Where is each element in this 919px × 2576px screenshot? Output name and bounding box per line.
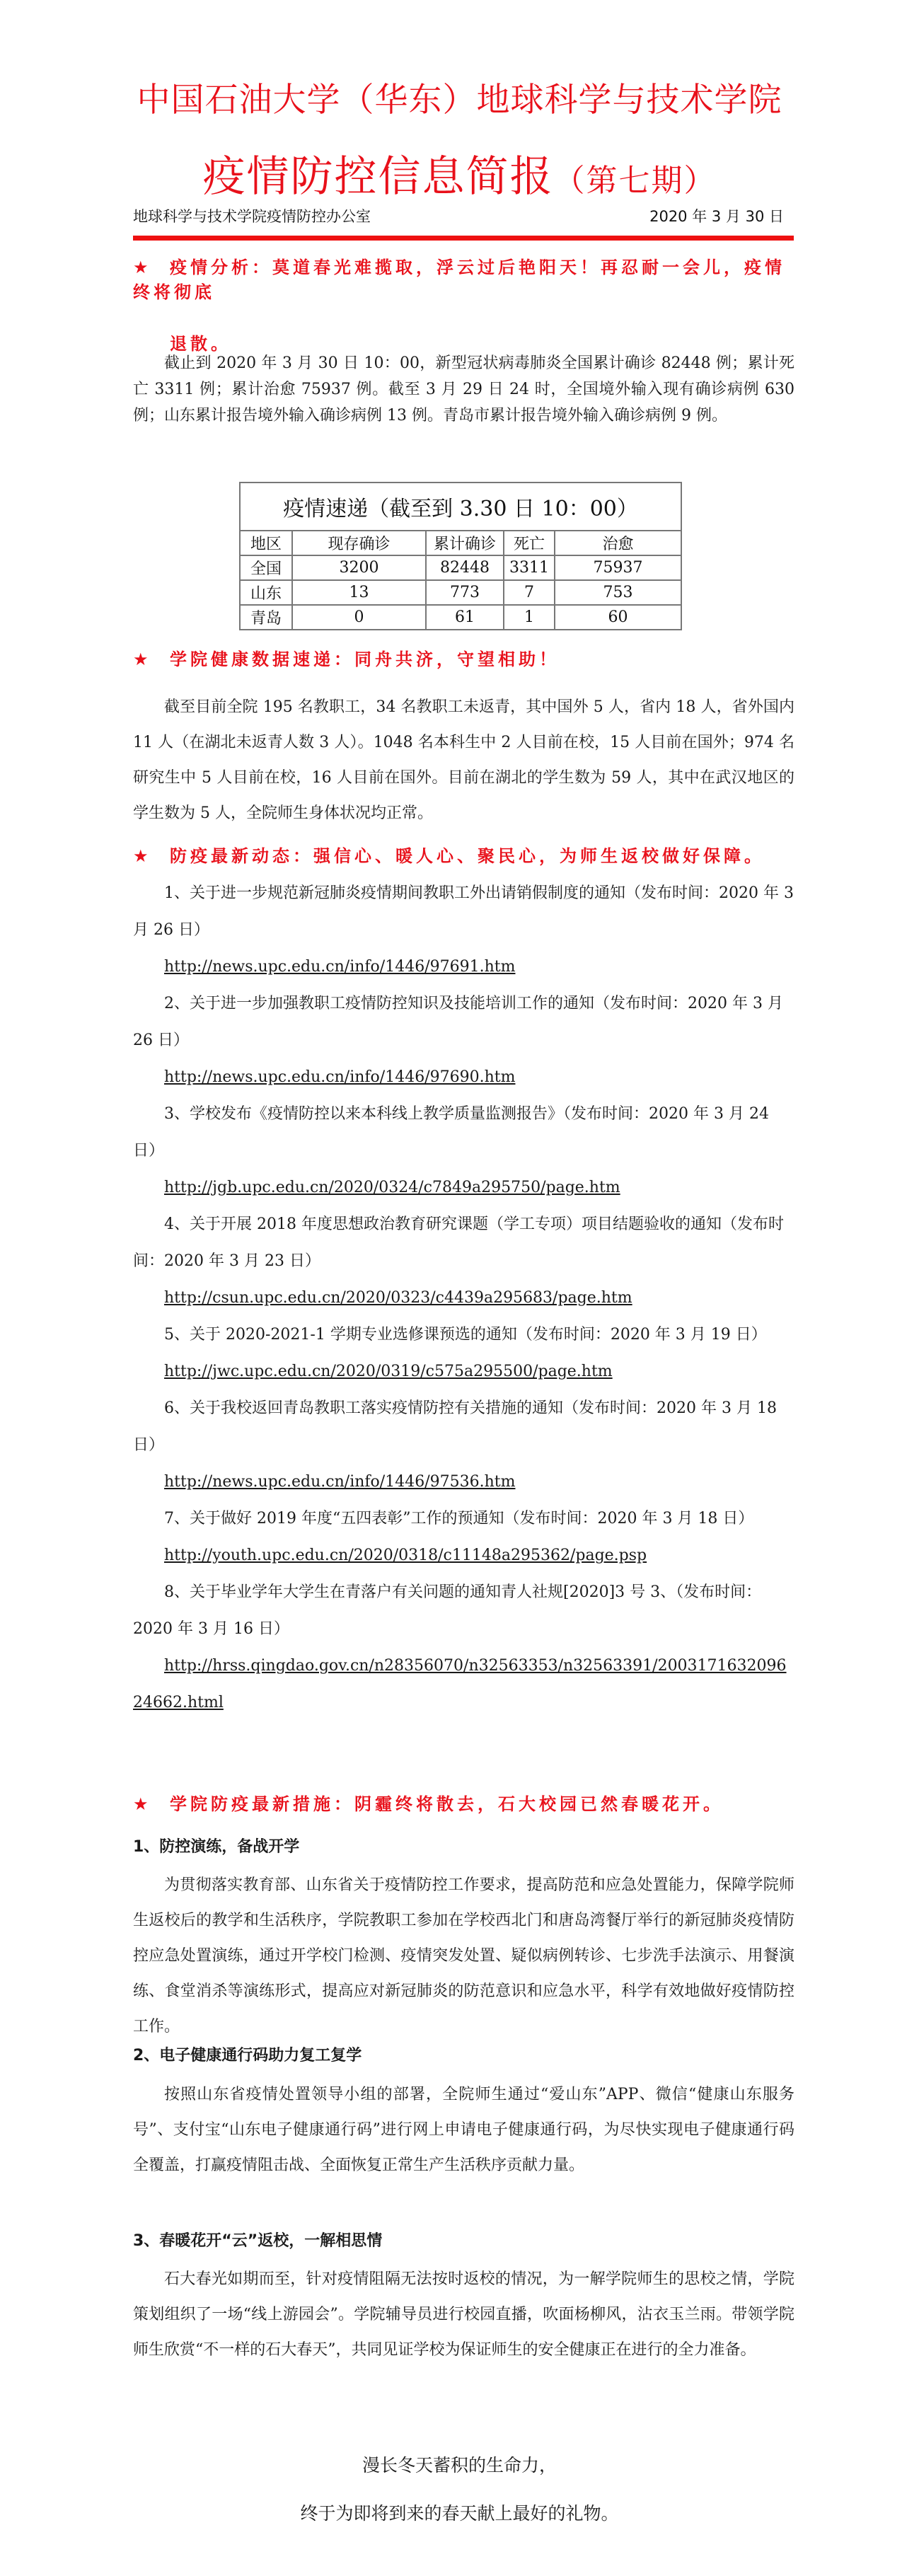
notice-link[interactable]: http://news.upc.edu.cn/info/1446/97691.h… (133, 958, 515, 976)
section-heading-college-measures: ★学院防疫最新措施：阴霾终将散去，石大校园已然春暖花开。 (133, 1790, 798, 1815)
bulletin-title-text: 疫情防控信息简报 (203, 152, 554, 202)
table-cell: 773 (426, 580, 504, 605)
notice-link[interactable]: http://news.upc.edu.cn/info/1446/97690.h… (133, 1068, 515, 1086)
list-item: 3、学校发布《疫情防控以来本科线上教学质量监测报告》（发布时间：2020 年 3… (133, 1096, 794, 1206)
table-cell: 1 (504, 605, 555, 630)
table-row: 青岛 0 61 1 60 (240, 605, 681, 630)
section-heading-text: 防疫最新动态：强信心、暖人心、聚民心，为师生返校做好保障。 (170, 846, 765, 866)
notice-title: 4、关于开展 2018 年度思想政治教育研究课题（学工专项）项目结题验收的通知（… (133, 1206, 794, 1280)
table-caption: 疫情速递（截至到 3.30 日 10：00） (240, 483, 681, 531)
column-header: 死亡 (504, 531, 555, 555)
table-cell: 山东 (240, 580, 292, 605)
closing-line-2: 终于为即将到来的春天献上最好的礼物。 (0, 2500, 919, 2525)
bulletin-page: 中国石油大学（华东）地球科学与技术学院 疫情防控信息简报（第七期） 地球科学与技… (0, 0, 919, 2576)
notice-link[interactable]: http://jgb.upc.edu.cn/2020/0324/c7849a29… (133, 1179, 620, 1196)
issue-number: （第七期） (554, 163, 717, 199)
table-cell: 60 (555, 605, 681, 630)
issuer-row: 地球科学与技术学院疫情防控办公室 2020 年 3 月 30 日 (133, 205, 791, 226)
list-item: 8、关于毕业学年大学生在青落户有关问题的通知青人社规[2020]3 号 3、（发… (133, 1574, 794, 1721)
table-cell: 3200 (292, 555, 426, 580)
list-item: 4、关于开展 2018 年度思想政治教育研究课题（学工专项）项目结题验收的通知（… (133, 1206, 794, 1317)
notice-link[interactable]: http://youth.upc.edu.cn/2020/0318/c11148… (133, 1547, 647, 1564)
section-heading-health-data: ★学院健康数据速递：同舟共济，守望相助！ (133, 645, 798, 670)
subsection-title: 1、防控演练，备战开学 (133, 1835, 299, 1856)
section-heading-text: 疫情分析：莫道春光难揽取，浮云过后艳阳天！再忍耐一会儿，疫情终将彻底 (133, 258, 785, 302)
table-cell: 75937 (555, 555, 681, 580)
table-cell: 青岛 (240, 605, 292, 630)
list-item: 7、关于做好 2019 年度“五四表彰”工作的预通知（发布时间：2020 年 3… (133, 1501, 794, 1574)
table-cell: 753 (555, 580, 681, 605)
table-cell: 0 (292, 605, 426, 630)
notice-link[interactable]: http://csun.upc.edu.cn/2020/0323/c4439a2… (133, 1289, 632, 1307)
section-heading-text: 学院防疫最新措施：阴霾终将散去，石大校园已然春暖花开。 (170, 1794, 724, 1814)
notice-list: 1、关于进一步规范新冠肺炎疫情期间教职工外出请销假制度的通知（发布时间：2020… (133, 875, 794, 1721)
star-icon: ★ (133, 846, 170, 866)
table-row: 山东 13 773 7 753 (240, 580, 681, 605)
notice-link[interactable]: http://jwc.upc.edu.cn/2020/0319/c575a295… (133, 1363, 613, 1380)
closing-line-1: 漫长冬天蓄积的生命力， (0, 2451, 919, 2477)
star-icon: ★ (133, 649, 170, 669)
institution-title: 中国石油大学（华东）地球科学与技术学院 (0, 79, 919, 122)
notice-title: 2、关于进一步加强教职工疫情防控知识及技能培训工作的通知（发布时间：2020 年… (133, 986, 794, 1059)
list-item: 5、关于 2020-2021-1 学期专业选修课预选的通知（发布时间：2020 … (133, 1317, 794, 1390)
bulletin-title: 疫情防控信息简报（第七期） (0, 150, 919, 208)
column-header: 现存确诊 (292, 531, 426, 555)
table-cell: 全国 (240, 555, 292, 580)
notice-title: 3、学校发布《疫情防控以来本科线上教学质量监测报告》（发布时间：2020 年 3… (133, 1096, 794, 1169)
section-heading-latest-updates: ★防疫最新动态：强信心、暖人心、聚民心，为师生返校做好保障。 (133, 842, 798, 867)
star-icon: ★ (133, 258, 170, 277)
notice-title: 6、关于我校返回青岛教职工落实疫情防控有关措施的通知（发布时间：2020 年 3… (133, 1390, 794, 1464)
star-icon: ★ (133, 1794, 170, 1814)
table-cell: 82448 (426, 555, 504, 580)
list-item: 6、关于我校返回青岛教职工落实疫情防控有关措施的通知（发布时间：2020 年 3… (133, 1390, 794, 1501)
table-cell: 61 (426, 605, 504, 630)
issuing-office: 地球科学与技术学院疫情防控办公室 (133, 205, 371, 226)
epidemic-stats-table: 疫情速递（截至到 3.30 日 10：00） 地区 现存确诊 累计确诊 死亡 治… (239, 482, 682, 630)
subsection-paragraph: 按照山东省疫情处置领导小组的部署，全院师生通过“爱山东”APP、微信“健康山东服… (133, 2077, 794, 2183)
subsection-paragraph: 石大春光如期而至，针对疫情阻隔无法按时返校的情况，为一解学院师生的思校之情，学院… (133, 2262, 794, 2368)
list-item: 2、关于进一步加强教职工疫情防控知识及技能培训工作的通知（发布时间：2020 年… (133, 986, 794, 1096)
subsection-paragraph: 为贯彻落实教育部、山东省关于疫情防控工作要求，提高防范和应急处置能力，保障学院师… (133, 1868, 794, 2045)
notice-title: 7、关于做好 2019 年度“五四表彰”工作的预通知（发布时间：2020 年 3… (133, 1501, 794, 1537)
list-item: 1、关于进一步规范新冠肺炎疫情期间教职工外出请销假制度的通知（发布时间：2020… (133, 875, 794, 986)
column-header: 累计确诊 (426, 531, 504, 555)
notice-title: 1、关于进一步规范新冠肺炎疫情期间教职工外出请销假制度的通知（发布时间：2020… (133, 875, 794, 949)
section-heading-text: 学院健康数据速递：同舟共济，守望相助！ (170, 649, 560, 669)
health-data-paragraph: 截至目前全院 195 名教职工，34 名教职工未返青，其中国外 5 人，省内 1… (133, 690, 794, 831)
red-divider (133, 236, 794, 241)
table-row: 全国 3200 82448 3311 75937 (240, 555, 681, 580)
table-cell: 7 (504, 580, 555, 605)
table-cell: 13 (292, 580, 426, 605)
notice-link[interactable]: http://hrss.qingdao.gov.cn/n28356070/n32… (133, 1657, 787, 1711)
subsection-title: 2、电子健康通行码助力复工复学 (133, 2043, 362, 2065)
section-heading-epidemic-analysis: ★疫情分析：莫道春光难揽取，浮云过后艳阳天！再忍耐一会儿，疫情终将彻底 退散。 (133, 253, 798, 354)
notice-title: 8、关于毕业学年大学生在青落户有关问题的通知青人社规[2020]3 号 3、（发… (133, 1574, 794, 1648)
column-header: 治愈 (555, 531, 681, 555)
column-header: 地区 (240, 531, 292, 555)
notice-title: 5、关于 2020-2021-1 学期专业选修课预选的通知（发布时间：2020 … (133, 1317, 794, 1353)
table-cell: 3311 (504, 555, 555, 580)
subsection-title: 3、春暖花开“云”返校，一解相思情 (133, 2229, 382, 2251)
issue-date: 2020 年 3 月 30 日 (649, 205, 784, 226)
table-header-row: 地区 现存确诊 累计确诊 死亡 治愈 (240, 531, 681, 555)
notice-link[interactable]: http://news.upc.edu.cn/info/1446/97536.h… (133, 1473, 515, 1491)
epidemic-summary-paragraph: 截止到 2020 年 3 月 30 日 10：00，新型冠状病毒肺炎全国累计确诊… (133, 350, 794, 429)
